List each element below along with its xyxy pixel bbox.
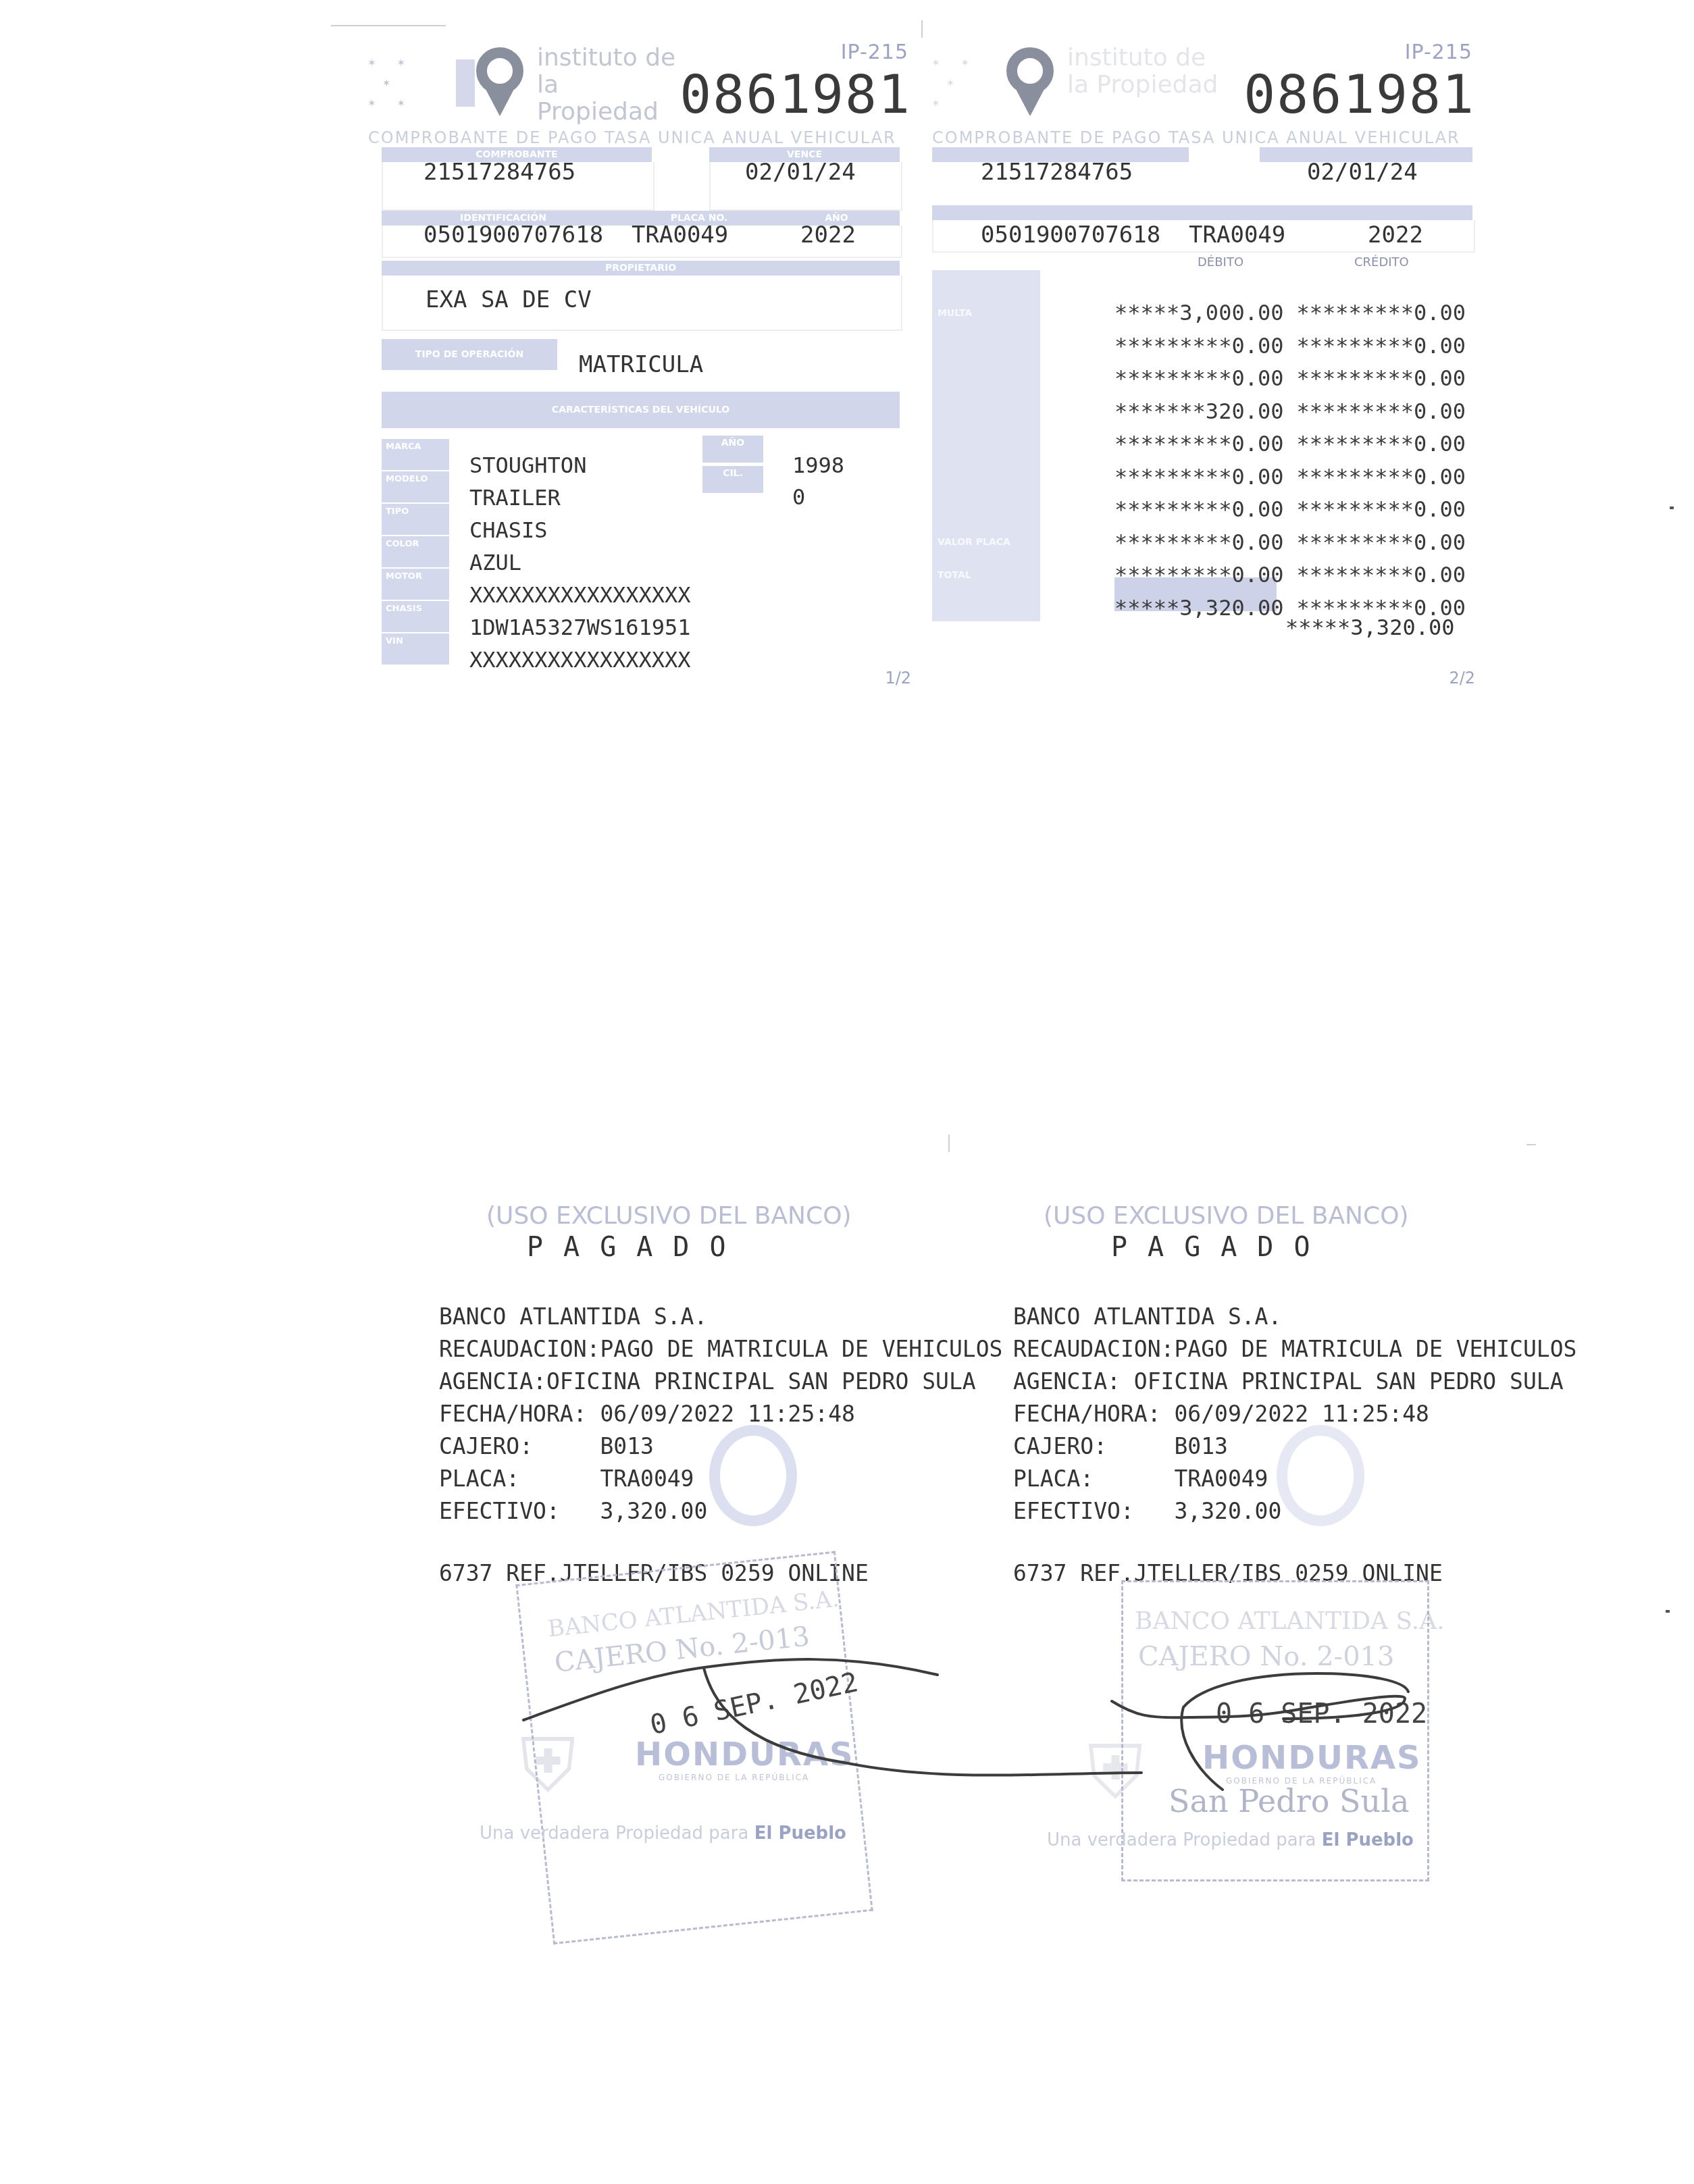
debit-column-header: DÉBITO [1198,255,1243,269]
location-pin-tail-icon [1017,90,1044,116]
credit-value: *********0.00 [1297,562,1466,594]
logo-text: instituto de la Propiedad [537,45,679,126]
government-watermark: GOBIERNO DE LA REPÚBLICA [659,1773,809,1782]
debit-value: *****3,320.00 [1114,595,1283,627]
stamp-line-fecha-hora: FECHA/HORA: 06/09/2022 11:25:48 [1013,1401,1429,1427]
vence-value: 02/01/24 [1307,159,1418,186]
credit-value: *********0.00 [1297,496,1466,529]
vehicle-field-label: TIPO [382,504,449,535]
honduras-watermark: HONDURAS [1202,1739,1422,1777]
vehicle-anio-label: AÑO [702,436,763,463]
bank-only-label: (USO EXCLUSIVO DEL BANCO) [486,1202,852,1230]
tipo-operacion-label: TIPO DE OPERACIÓN [382,339,557,370]
location-pin-icon [1006,47,1054,95]
amount-row: *********0.00*********0.00 [1114,529,1466,562]
stamp-line-recaudacion: RECAUDACION:PAGO DE MATRICULA DE VEHICUL… [439,1336,1002,1362]
vehicle-field-label: MOTOR [382,569,449,600]
credit-value: *********0.00 [1297,464,1466,496]
propietario-value: EXA SA DE CV [426,286,592,313]
amount-row: *********0.00*********0.00 [1114,464,1466,496]
caracteristicas-label: CARACTERÍSTICAS DEL VEHÍCULO [382,392,900,428]
amount-row: *********0.00*********0.00 [1114,496,1466,529]
credit-column-header: CRÉDITO [1354,255,1409,269]
vehicle-cil-label: CIL. [702,466,763,493]
logo-line-2: la Propiedad [1067,72,1218,99]
debit-value: *********0.00 [1114,496,1283,529]
credit-value: *********0.00 [1297,529,1466,562]
stamp-line-efectivo: EFECTIVO: 3,320.00 [439,1498,707,1524]
credit-value: *********0.00 [1297,398,1466,431]
vence-value: 02/01/24 [745,159,856,186]
anio-value: 2022 [1368,222,1423,249]
comprobante-value: 21517284765 [981,159,1133,186]
anio-value: 2022 [800,222,856,249]
receipt-page-2: ✶ ✶ ✶✶ instituto de la Propiedad IP-215 … [932,27,1479,702]
identification-header-bar [932,205,1472,220]
seal-date: 0 6 SEP. 2022 [1216,1698,1427,1730]
stamp-line-bank: BANCO ATLANTIDA S.A. [439,1303,707,1330]
vehicle-cil-value: 0 [792,484,805,510]
amount-row-label: VALOR PLACA [938,535,1010,550]
document-subtitle: COMPROBANTE DE PAGO TASA UNICA ANUAL VEH… [932,128,1479,147]
flag-bar-icon [456,59,475,107]
paid-status: PAGADO [527,1232,746,1263]
tagline-prefix: Una verdadera Propiedad para [480,1823,754,1844]
stamp-line-agencia: AGENCIA: OFICINA PRINCIPAL SAN PEDRO SUL… [1013,1368,1564,1395]
tagline-emphasis: El Pueblo [1322,1830,1414,1850]
coat-of-arms-icon: ⛨ [1087,1729,1144,1817]
vehicle-field-value: XXXXXXXXXXXXXXXXX [469,647,691,673]
amount-row: *********0.00*********0.00 [1114,365,1466,398]
scan-speck [1666,1610,1670,1613]
logo-line-1: instituto de [537,45,679,72]
scan-speck [1670,506,1674,509]
vehicle-anio-value: 1998 [792,452,844,478]
institute-logo: ✶ ✶ ✶✶ ✶ instituto de la Propiedad [368,39,679,120]
location-pin-tail-icon [486,90,513,116]
debit-value: *********0.00 [1114,333,1283,365]
logo-line-1: instituto de [1067,45,1218,72]
debit-value: *********0.00 [1114,365,1283,398]
stamp-line-recaudacion: RECAUDACION:PAGO DE MATRICULA DE VEHICUL… [1013,1336,1576,1362]
vehicle-field-value: TRAILER [469,485,561,511]
amount-row: *********0.00*********0.00 [1114,562,1466,594]
tagline-emphasis: El Pueblo [754,1823,846,1844]
tagline-prefix: Una verdadera Propiedad para [1047,1830,1322,1850]
seal-city: San Pedro Sula [1169,1783,1409,1819]
stamp-line-cajero: CAJERO: B013 [439,1433,654,1459]
coat-of-arms-icon: ⛨ [520,1722,576,1810]
vehicle-field-value: CHASIS [469,517,548,543]
amount-row: *********0.00*********0.00 [1114,431,1466,463]
form-code: IP-215 [1405,41,1472,64]
identificacion-value: 0501900707618 [981,222,1160,249]
logo-line-2: la Propiedad [537,72,679,126]
debit-value: *****3,000.00 [1114,300,1283,332]
debit-value: *********0.00 [1114,431,1283,463]
stars-icon: ✶ ✶ ✶✶ ✶ [368,53,449,113]
credit-value: *********0.00 [1297,300,1466,332]
scan-edge-line [331,25,446,26]
stamp-line-agencia: AGENCIA:OFICINA PRINCIPAL SAN PEDRO SULA [439,1368,976,1395]
vehicle-field-value: STOUGHTON [469,452,586,478]
placa-value: TRA0049 [632,222,728,249]
logo-watermark-ring [709,1425,797,1526]
institute-logo: ✶ ✶ ✶✶ instituto de la Propiedad [932,39,1243,120]
vehicle-field-value: 1DW1A5327WS161951 [469,615,691,640]
folio-number: 0861981 [679,65,911,126]
credit-value: *********0.00 [1297,365,1466,398]
folio-number: 0861981 [1243,65,1475,126]
propietario-label: PROPIETARIO [382,261,900,276]
location-pin-icon [476,47,523,95]
vehicle-field-value: AZUL [469,550,521,575]
seal-cashier-no: CAJERO No. 2-013 [1138,1641,1394,1672]
identificacion-value: 0501900707618 [423,222,603,249]
vehicle-field-value: XXXXXXXXXXXXXXXXX [469,582,691,608]
tagline-watermark: Una verdadera Propiedad para El Pueblo [1047,1830,1414,1850]
debit-value: *******320.00 [1114,398,1283,431]
vehicle-field-label: MARCA [382,439,449,470]
debit-value: *********0.00 [1114,562,1283,594]
stamp-line-fecha-hora: FECHA/HORA: 06/09/2022 11:25:48 [439,1401,855,1427]
tipo-operacion-value: MATRICULA [579,351,703,378]
receipt-page-1: ✶ ✶ ✶✶ ✶ instituto de la Propiedad IP-21… [368,27,915,702]
placa-value: TRA0049 [1189,222,1285,249]
logo-text: instituto de la Propiedad [1067,45,1218,99]
grand-total-value: *****3,320.00 [1285,615,1454,640]
stamp-line-efectivo: EFECTIVO: 3,320.00 [1013,1498,1281,1524]
seal-bank-name: BANCO ATLANTIDA S.A. [1135,1607,1445,1635]
honduras-watermark: HONDURAS [635,1736,854,1773]
scan-edge-line [948,1135,950,1152]
amount-row: *****3,000.00*********0.00 [1114,300,1466,332]
scan-edge-line [921,20,923,38]
bank-payment-stamp-1: (USO EXCLUSIVO DEL BANCO) PAGADO BANCO A… [426,1202,966,1877]
form-code: IP-215 [841,41,908,64]
debit-value: *********0.00 [1114,529,1283,562]
amount-row: *******320.00*********0.00 [1114,398,1466,431]
comprobante-value: 21517284765 [423,159,575,186]
page-number: 1/2 [885,669,911,687]
scan-edge-line [1526,1144,1536,1145]
logo-watermark-ring [1277,1425,1364,1526]
amount-row-label: TOTAL [938,568,971,583]
amount-row-label: MULTA [938,306,972,321]
stars-icon: ✶ ✶ ✶✶ [932,53,1013,113]
amount-row: *********0.00*********0.00 [1114,333,1466,365]
page-number: 2/2 [1449,669,1475,687]
bank-payment-stamp-2: (USO EXCLUSIVO DEL BANCO) PAGADO BANCO A… [1000,1202,1540,1877]
stamp-line-placa: PLACA: TRA0049 [1013,1465,1268,1492]
stamp-line-placa: PLACA: TRA0049 [439,1465,694,1492]
bank-only-label: (USO EXCLUSIVO DEL BANCO) [1044,1202,1409,1230]
vehicle-field-label: VIN [382,633,449,665]
credit-value: *********0.00 [1297,333,1466,365]
vehicle-field-label: CHASIS [382,601,449,632]
stamp-line-cajero: CAJERO: B013 [1013,1433,1228,1459]
vehicle-field-label: COLOR [382,536,449,567]
document-subtitle: COMPROBANTE DE PAGO TASA UNICA ANUAL VEH… [368,128,915,147]
tagline-watermark: Una verdadera Propiedad para El Pueblo [480,1823,846,1844]
credit-value: *********0.00 [1297,431,1466,463]
vehicle-field-label: MODELO [382,471,449,502]
paid-status: PAGADO [1111,1232,1331,1263]
debit-value: *********0.00 [1114,464,1283,496]
stamp-line-bank: BANCO ATLANTIDA S.A. [1013,1303,1281,1330]
